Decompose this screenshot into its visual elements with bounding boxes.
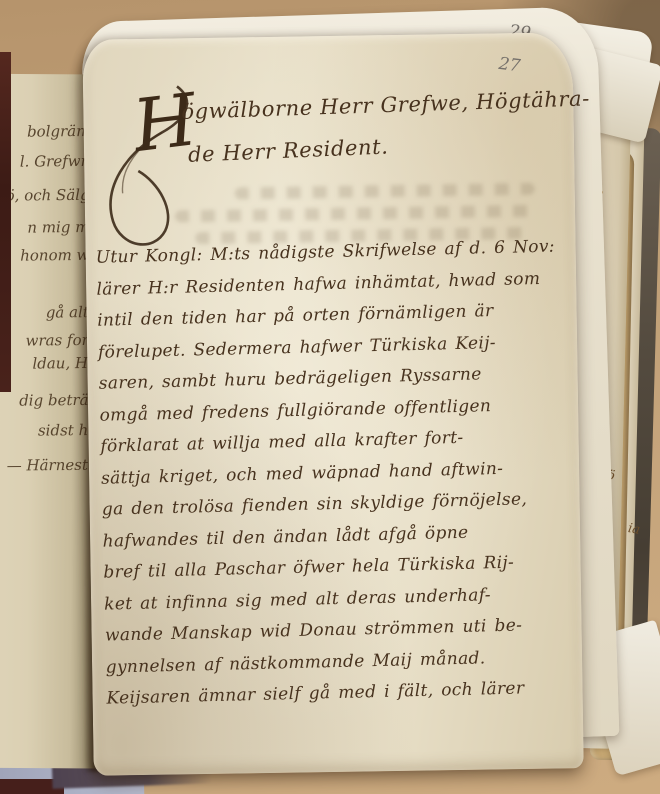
left-page-fragment: n mig m: [27, 218, 89, 237]
heading-line-2: de Herr Resident.: [188, 134, 389, 166]
page-number: 27: [498, 54, 522, 77]
manuscript-page-27: 27 H ögwälborne Herr Grefwe, Högtähra- d…: [82, 32, 584, 776]
left-page-fragment: l. Grefwn: [19, 152, 90, 171]
left-page-fragment: — Härnest: [6, 456, 87, 475]
heading-line-1: ögwälborne Herr Grefwe, Högtähra-: [181, 86, 590, 124]
ink-bleedthrough: [175, 205, 535, 223]
left-page-fragment: dig beträ: [19, 391, 89, 410]
left-page-fragment: ö, och Sälg: [5, 186, 89, 205]
left-page-fragment: bolgräm: [27, 122, 91, 141]
left-page-fragment: ldau, H: [33, 354, 89, 373]
maroon-book-edge-left: [0, 52, 11, 392]
catchword-fragment: ia: [627, 521, 641, 538]
left-page-fragment: gå alt: [46, 303, 89, 321]
letter-body: Utur Kongl: M:ts nådigste Skrifwelse af …: [95, 236, 576, 720]
left-page-fragment: honom w: [20, 246, 89, 265]
left-page-fragment: sidst h: [38, 421, 88, 440]
left-page-fragment: wras for: [25, 331, 88, 350]
ink-bleedthrough: [235, 183, 535, 200]
archive-photo: pre ac voi libe qu de ai Je la co fö ia …: [0, 0, 660, 794]
